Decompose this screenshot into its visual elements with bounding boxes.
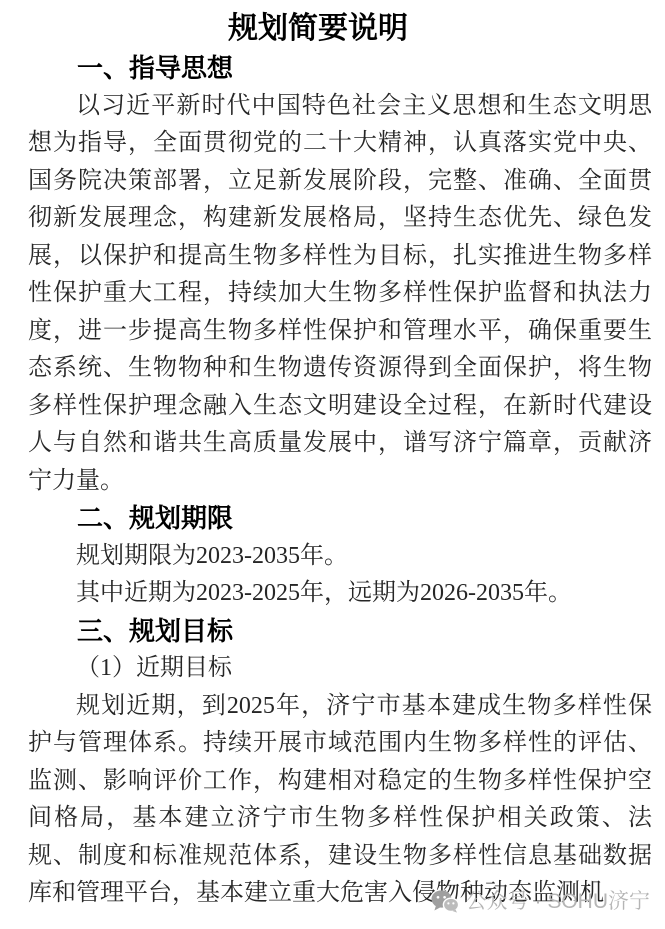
paragraph-line: 宁力量。	[28, 463, 652, 501]
paragraph-line: 间格局，基本建立济宁市生物多样性保护相关政策、法	[28, 800, 652, 838]
page-title: 规划简要说明	[28, 8, 652, 50]
wechat-icon	[431, 890, 459, 913]
paragraph-line: 态系统、生物物种和生物遗传资源得到全面保护，将生物	[28, 350, 652, 388]
section-heading-planning-goals: 三、规划目标	[28, 613, 652, 651]
watermark: 公众号 · SOHU济宁	[431, 889, 650, 914]
paragraph-line: 规划期限为2023-2035年。	[28, 538, 652, 576]
paragraph-line: 以习近平新时代中国特色社会主义思想和生态文明思	[28, 88, 652, 126]
paragraph-line: 彻新发展理念，构建新发展格局，坚持生态优先、绿色发	[28, 200, 652, 238]
paragraph-line: 性保护重大工程，持续加大生物多样性保护监督和执法力	[28, 275, 652, 313]
paragraph-line: 其中近期为2023-2025年，远期为2026-2035年。	[28, 575, 652, 613]
paragraph-line: 国务院决策部署，立足新发展阶段，完整、准确、全面贯	[28, 163, 652, 201]
paragraph-line: 护与管理体系。持续开展市域范围内生物多样性的评估、	[28, 725, 652, 763]
paragraph-line: 想为指导，全面贯彻党的二十大精神，认真落实党中央、	[28, 125, 652, 163]
paragraph-line: 人与自然和谐共生高质量发展中，谱写济宁篇章，贡献济	[28, 425, 652, 463]
paragraph-line: 多样性保护理念融入生态文明建设全过程，在新时代建设	[28, 388, 652, 426]
paragraph-line: 规、制度和标准规范体系，建设生物多样性信息基础数据	[28, 838, 652, 876]
paragraph-line: 展，以保护和提高生物多样性为目标，扎实推进生物多样	[28, 238, 652, 276]
subsection-heading-near-term-goals: （1）近期目标	[28, 650, 652, 688]
section-heading-guiding-ideology: 一、指导思想	[28, 50, 652, 88]
paragraph-line: 规划近期，到2025年，济宁市基本建成生物多样性保	[28, 688, 652, 726]
paragraph-line: 度，进一步提高生物多样性保护和管理水平，确保重要生	[28, 313, 652, 351]
section-heading-planning-period: 二、规划期限	[28, 500, 652, 538]
watermark-label: 公众号 · SOHU济宁	[466, 889, 650, 914]
paragraph-line: 监测、影响评价工作，构建相对稳定的生物多样性保护空	[28, 763, 652, 801]
document-page: 规划简要说明 一、指导思想 以习近平新时代中国特色社会主义思想和生态文明思 想为…	[28, 8, 652, 913]
